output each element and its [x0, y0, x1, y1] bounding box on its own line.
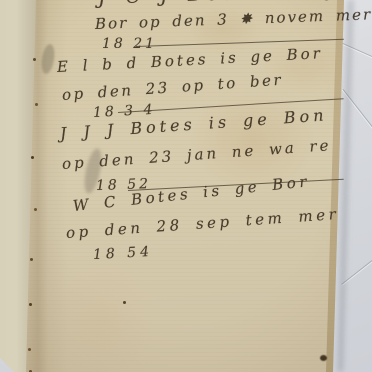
entry-1-year: 18 21 [102, 36, 157, 52]
dark-spot [320, 355, 327, 361]
photo-of-open-book: J C J Botes is g Bor op den 3 ✸ novem me… [0, 0, 372, 372]
foxing-specks [33, 58, 36, 61]
entry-4-year: 18 54 [93, 244, 154, 263]
cloth-crease [340, 42, 372, 80]
